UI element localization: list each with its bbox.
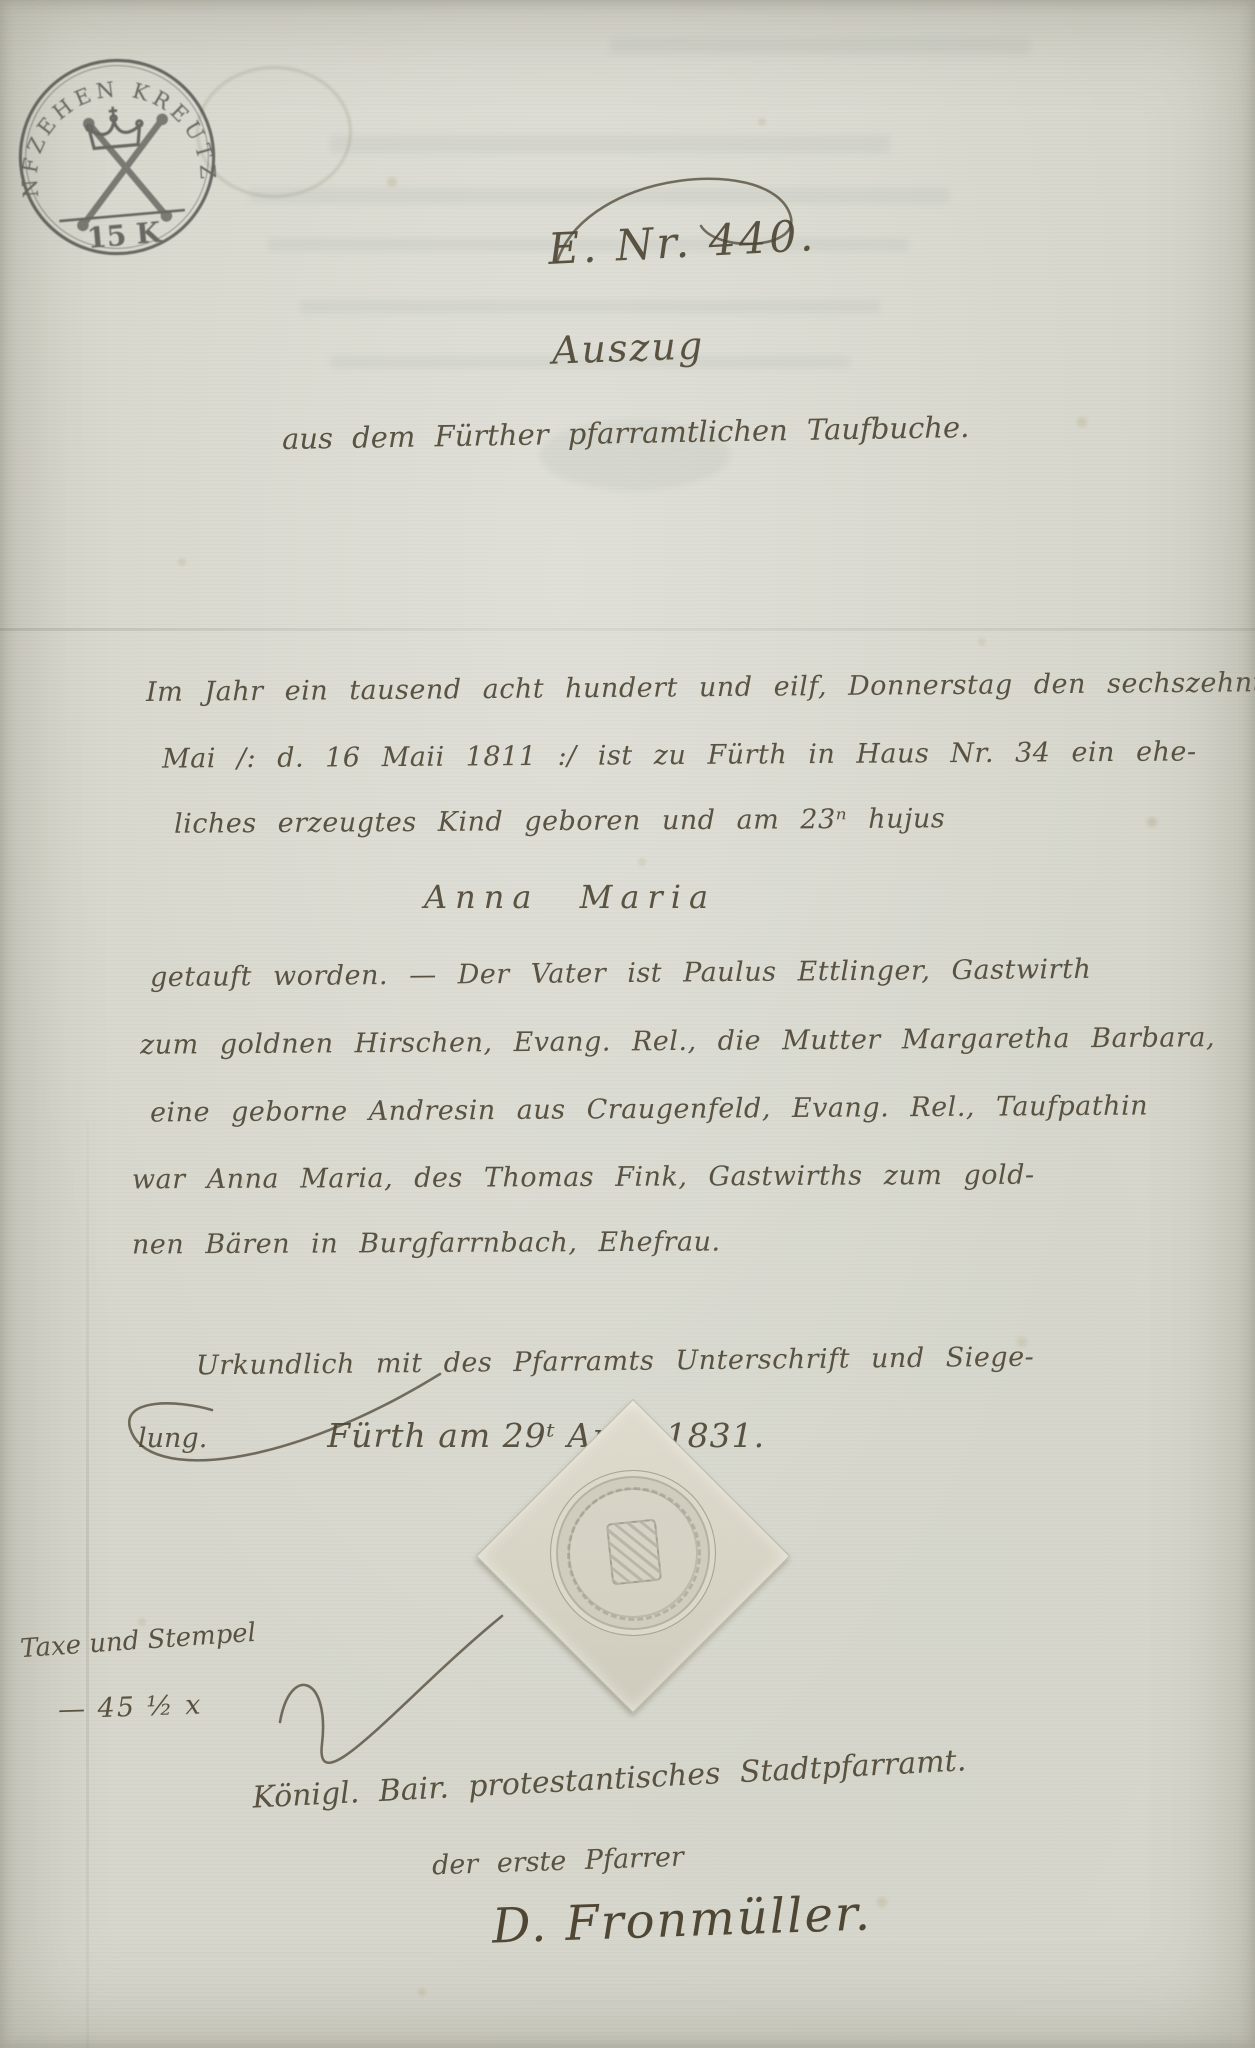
- revenue-stamp-15-kreuzer: FÜNFZEHEN KREUTZER 15 K: [12, 52, 222, 262]
- embossed-seal-impression: [550, 1470, 716, 1636]
- body-text-line: eine geborne Andresin aus Craugenfeld, E…: [150, 1091, 1148, 1129]
- print-through-ghost: [300, 300, 880, 313]
- place-and-date: Fürth am 29ᵗ April 1831.: [327, 1416, 765, 1455]
- horizontal-fold-crease: [0, 628, 1255, 631]
- scanned-baptism-certificate: FÜNFZEHEN KREUTZER 15 K E. Nr. 4: [0, 0, 1255, 2048]
- vertical-fold-crease: [86, 1120, 89, 2048]
- body-text-line: Mai /: d. 16 Maii 1811 :/ ist zu Fürth i…: [162, 736, 1197, 774]
- body-text-line: zum goldnen Hirschen, Evang. Rel., die M…: [140, 1022, 1215, 1061]
- stamp-denomination: 15 K: [86, 215, 164, 255]
- document-subtitle: aus dem Fürther pfarramtlichen Taufbuche…: [282, 410, 970, 456]
- body-text-line: liches erzeugtes Kind geboren und am 23ⁿ…: [174, 803, 945, 839]
- child-name: Anna Maria: [424, 878, 716, 916]
- attestation-line: Urkundlich mit des Pfarramts Unterschrif…: [196, 1342, 1035, 1382]
- tax-and-stamp-label: Taxe und Stempel: [19, 1618, 257, 1664]
- body-text-line: war Anna Maria, des Thomas Fink, Gastwir…: [132, 1160, 1035, 1196]
- pastor-signature: D. Fronmüller.: [491, 1885, 873, 1954]
- seal-crest-lozenges: [606, 1519, 662, 1586]
- attestation-continuation: lung.: [138, 1423, 207, 1454]
- body-text-line: getauft worden. — Der Vater ist Paulus E…: [150, 954, 1092, 993]
- foxing-spots: [0, 0, 4, 4]
- tax-amount: — 45 ½ x: [58, 1689, 204, 1725]
- document-title: Auszug: [551, 323, 705, 372]
- print-through-ghost: [610, 38, 1030, 54]
- body-text-line: nen Bären in Burgfarrnbach, Ehefrau.: [132, 1226, 721, 1260]
- body-text-line: Im Jahr ein tausend acht hundert und eil…: [146, 667, 1255, 708]
